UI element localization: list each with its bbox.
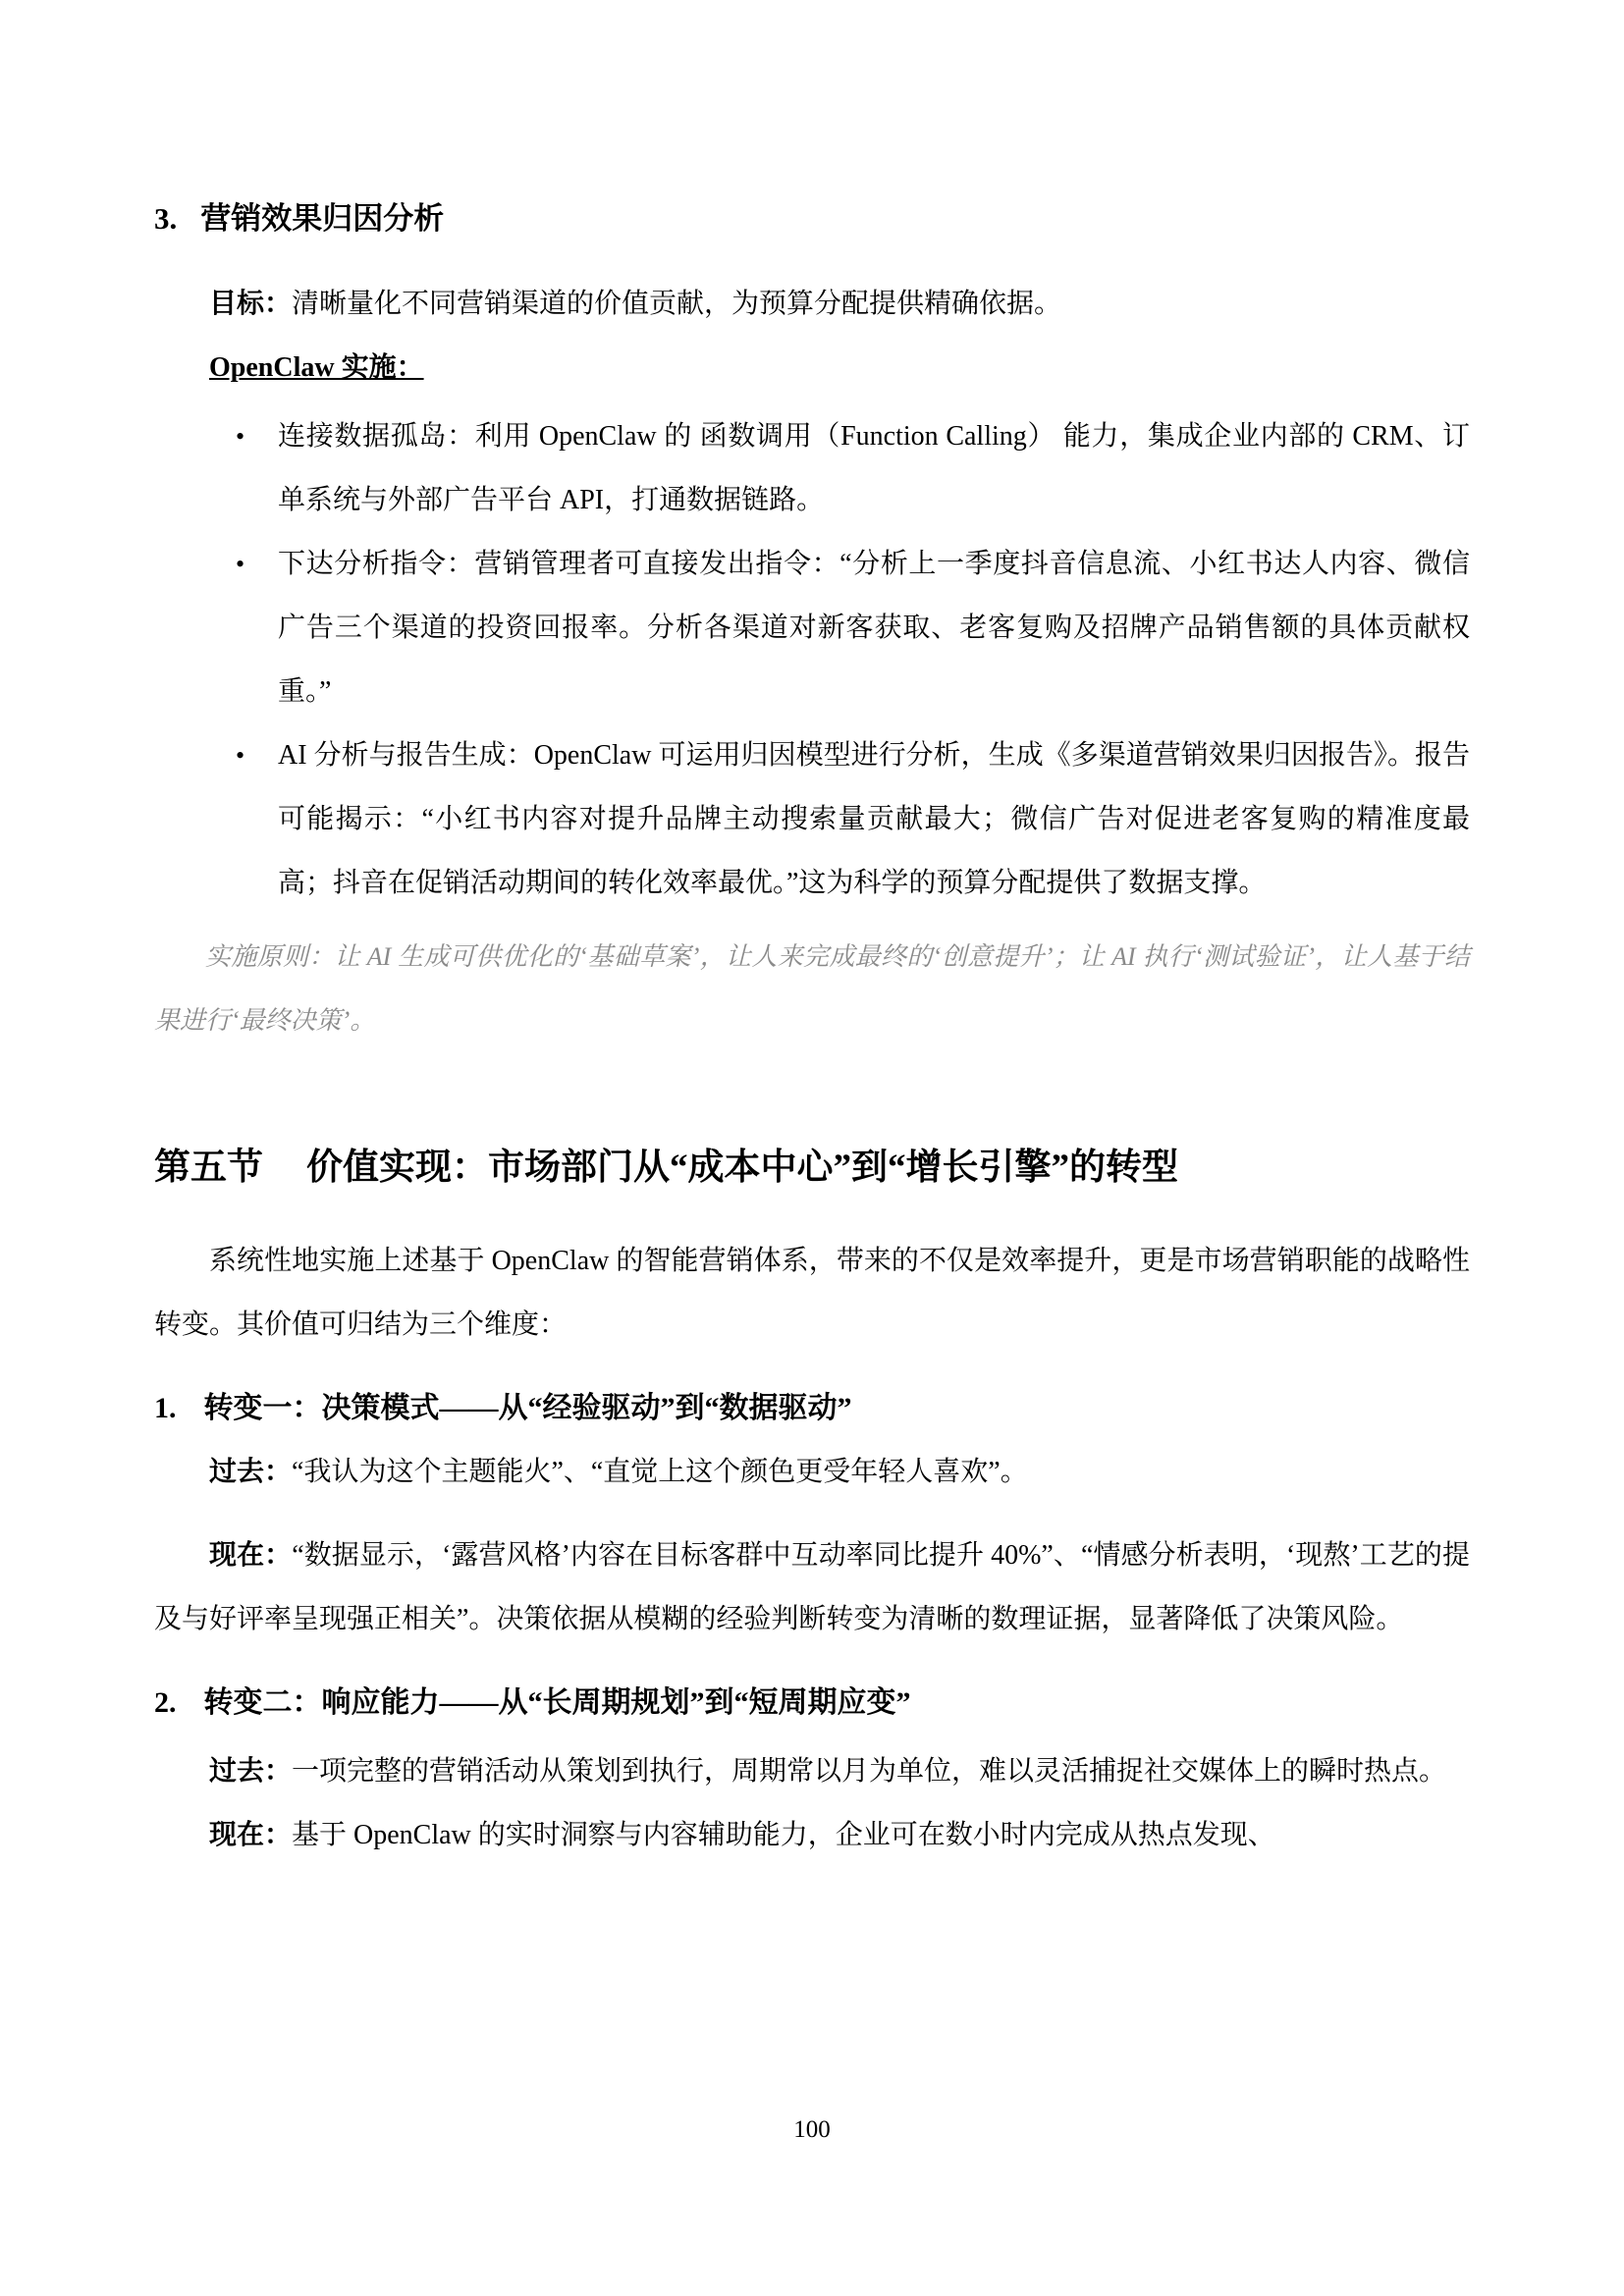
- implementation-heading-text: OpenClaw 实施：: [209, 352, 424, 383]
- past-text: “我认为这个主题能火”、“直觉上这个颜色更受年轻人喜欢”。: [292, 1457, 1028, 1487]
- now-text: “数据显示，‘露营风格’内容在目标客群中互动率同比提升 40%”、“情感分析表明…: [154, 1540, 1470, 1634]
- document-page: 3.营销效果归因分析 目标：清晰量化不同营销渠道的价值贡献，为预算分配提供精确依…: [0, 0, 1624, 2296]
- heading-number: 第五节: [154, 1141, 263, 1195]
- now-label: 现在：: [209, 1820, 292, 1850]
- implementation-bullet-list: • 连接数据孤岛：利用 OpenClaw 的 函数调用（Function Cal…: [154, 404, 1470, 915]
- bullet-text-ai-report: AI 分析与报告生成：OpenClaw 可运用归因模型进行分析，生成《多渠道营销…: [278, 723, 1470, 915]
- goal-label: 目标：: [209, 289, 292, 319]
- bullet-icon: •: [236, 404, 278, 532]
- past-text: 一项完整的营销活动从策划到执行，周期常以月为单位，难以灵活捕捉社交媒体上的瞬时热…: [292, 1756, 1446, 1787]
- bullet-icon: •: [236, 723, 278, 915]
- document-body: 3.营销效果归因分析 目标：清晰量化不同营销渠道的价值贡献，为预算分配提供精确依…: [0, 0, 1624, 1867]
- transformation-one-now-paragraph: 现在：“数据显示，‘露营风格’内容在目标客群中互动率同比提升 40%”、“情感分…: [154, 1523, 1470, 1651]
- heading-section-five: 第五节价值实现：市场部门从“成本中心”到“增长引擎”的转型: [154, 1141, 1470, 1195]
- transformation-two-now-paragraph: 现在：基于 OpenClaw 的实时洞察与内容辅助能力，企业可在数小时内完成从热…: [154, 1803, 1470, 1867]
- goal-text: 清晰量化不同营销渠道的价值贡献，为预算分配提供精确依据。: [292, 289, 1061, 319]
- now-label: 现在：: [209, 1540, 292, 1571]
- heading-title: 转变二：响应能力——从“长周期规划”到“短周期应变”: [204, 1686, 911, 1719]
- page-number: 100: [0, 2115, 1624, 2145]
- heading-number: 3.: [154, 199, 177, 239]
- now-text: 基于 OpenClaw 的实时洞察与内容辅助能力，企业可在数小时内完成从热点发现…: [292, 1820, 1275, 1850]
- section-five-intro-paragraph: 系统性地实施上述基于 OpenClaw 的智能营销体系，带来的不仅是效率提升，更…: [154, 1229, 1470, 1357]
- bullet-icon: •: [236, 532, 278, 723]
- list-item: • 连接数据孤岛：利用 OpenClaw 的 函数调用（Function Cal…: [236, 404, 1470, 532]
- list-item: • 下达分析指令：营销管理者可直接发出指令：“分析上一季度抖音信息流、小红书达人…: [236, 532, 1470, 723]
- bullet-text-issue-command: 下达分析指令：营销管理者可直接发出指令：“分析上一季度抖音信息流、小红书达人内容…: [278, 532, 1470, 723]
- heading-number: 2.: [154, 1681, 177, 1725]
- heading-number: 1.: [154, 1386, 177, 1430]
- heading-title: 转变一：决策模式——从“经验驱动”到“数据驱动”: [204, 1392, 852, 1424]
- heading-transformation-one: 1.转变一：决策模式——从“经验驱动”到“数据驱动”: [154, 1386, 1470, 1430]
- goal-paragraph: 目标：清晰量化不同营销渠道的价值贡献，为预算分配提供精确依据。: [154, 272, 1470, 336]
- transformation-one-past-paragraph: 过去：“我认为这个主题能火”、“直觉上这个颜色更受年轻人喜欢”。: [154, 1440, 1470, 1504]
- heading-title: 价值实现：市场部门从“成本中心”到“增长引擎”的转型: [306, 1148, 1178, 1188]
- heading-attribution-analysis: 3.营销效果归因分析: [154, 199, 1470, 239]
- heading-transformation-two: 2.转变二：响应能力——从“长周期规划”到“短周期应变”: [154, 1681, 1470, 1725]
- transformation-two-past-paragraph: 过去：一项完整的营销活动从策划到执行，周期常以月为单位，难以灵活捕捉社交媒体上的…: [154, 1739, 1470, 1803]
- list-item: • AI 分析与报告生成：OpenClaw 可运用归因模型进行分析，生成《多渠道…: [236, 723, 1470, 915]
- implementation-heading: OpenClaw 实施：: [154, 336, 1470, 400]
- past-label: 过去：: [209, 1457, 292, 1487]
- implementation-principle-note: 实施原则：让 AI 生成可供优化的‘基础草案’，让人来完成最终的‘创意提升’；让…: [154, 925, 1470, 1052]
- past-label: 过去：: [209, 1756, 292, 1787]
- bullet-text-connect-data: 连接数据孤岛：利用 OpenClaw 的 函数调用（Function Calli…: [278, 404, 1470, 532]
- heading-title: 营销效果归因分析: [200, 201, 444, 236]
